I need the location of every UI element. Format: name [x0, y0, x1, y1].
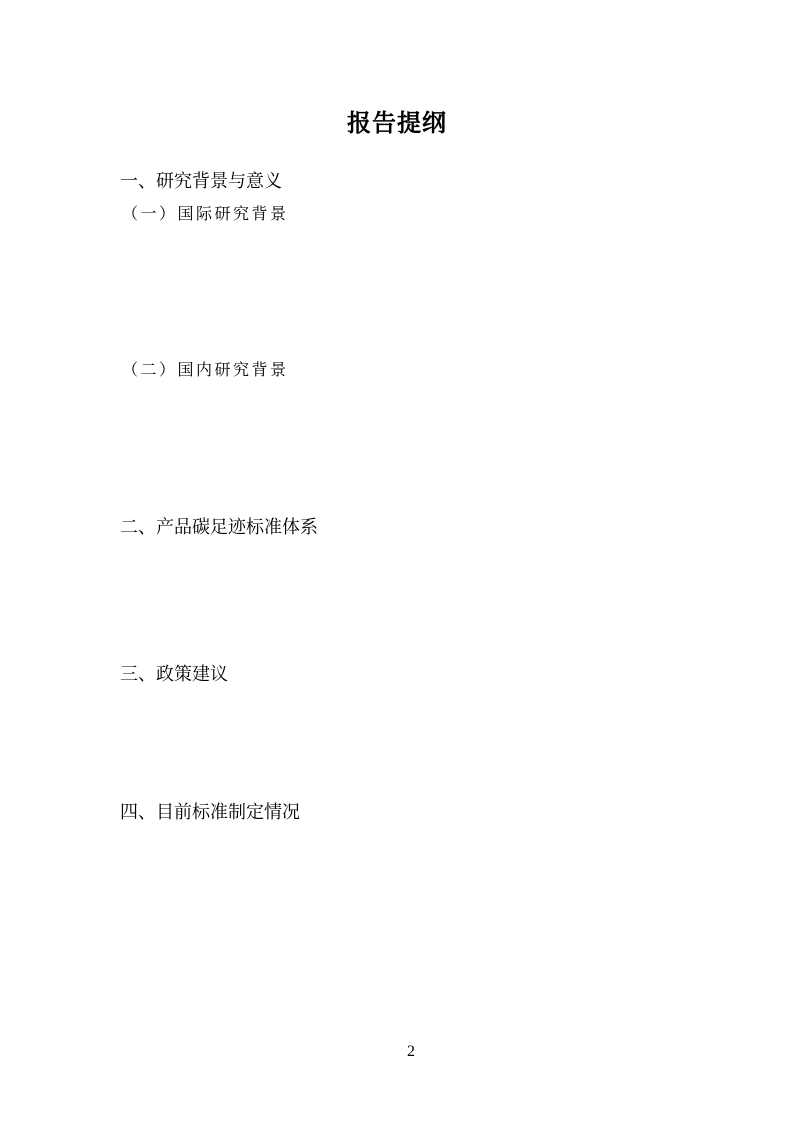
subsection-heading-international-background: （一）国际研究背景: [122, 203, 289, 225]
subsection-heading-domestic-background: （二）国内研究背景: [122, 359, 289, 381]
section-heading-current-standard-status: 四、目前标准制定情况: [120, 801, 300, 825]
section-heading-carbon-footprint-standards: 二、产品碳足迹标准体系: [120, 516, 318, 540]
page-title: 报告提纲: [0, 106, 794, 140]
document-page: 报告提纲 一、研究背景与意义 （一）国际研究背景 （二）国内研究背景 二、产品碳…: [0, 0, 794, 1123]
page-number: 2: [0, 1042, 794, 1062]
section-heading-policy-recommendations: 三、政策建议: [120, 663, 228, 687]
section-heading-research-background: 一、研究背景与意义: [120, 170, 282, 194]
